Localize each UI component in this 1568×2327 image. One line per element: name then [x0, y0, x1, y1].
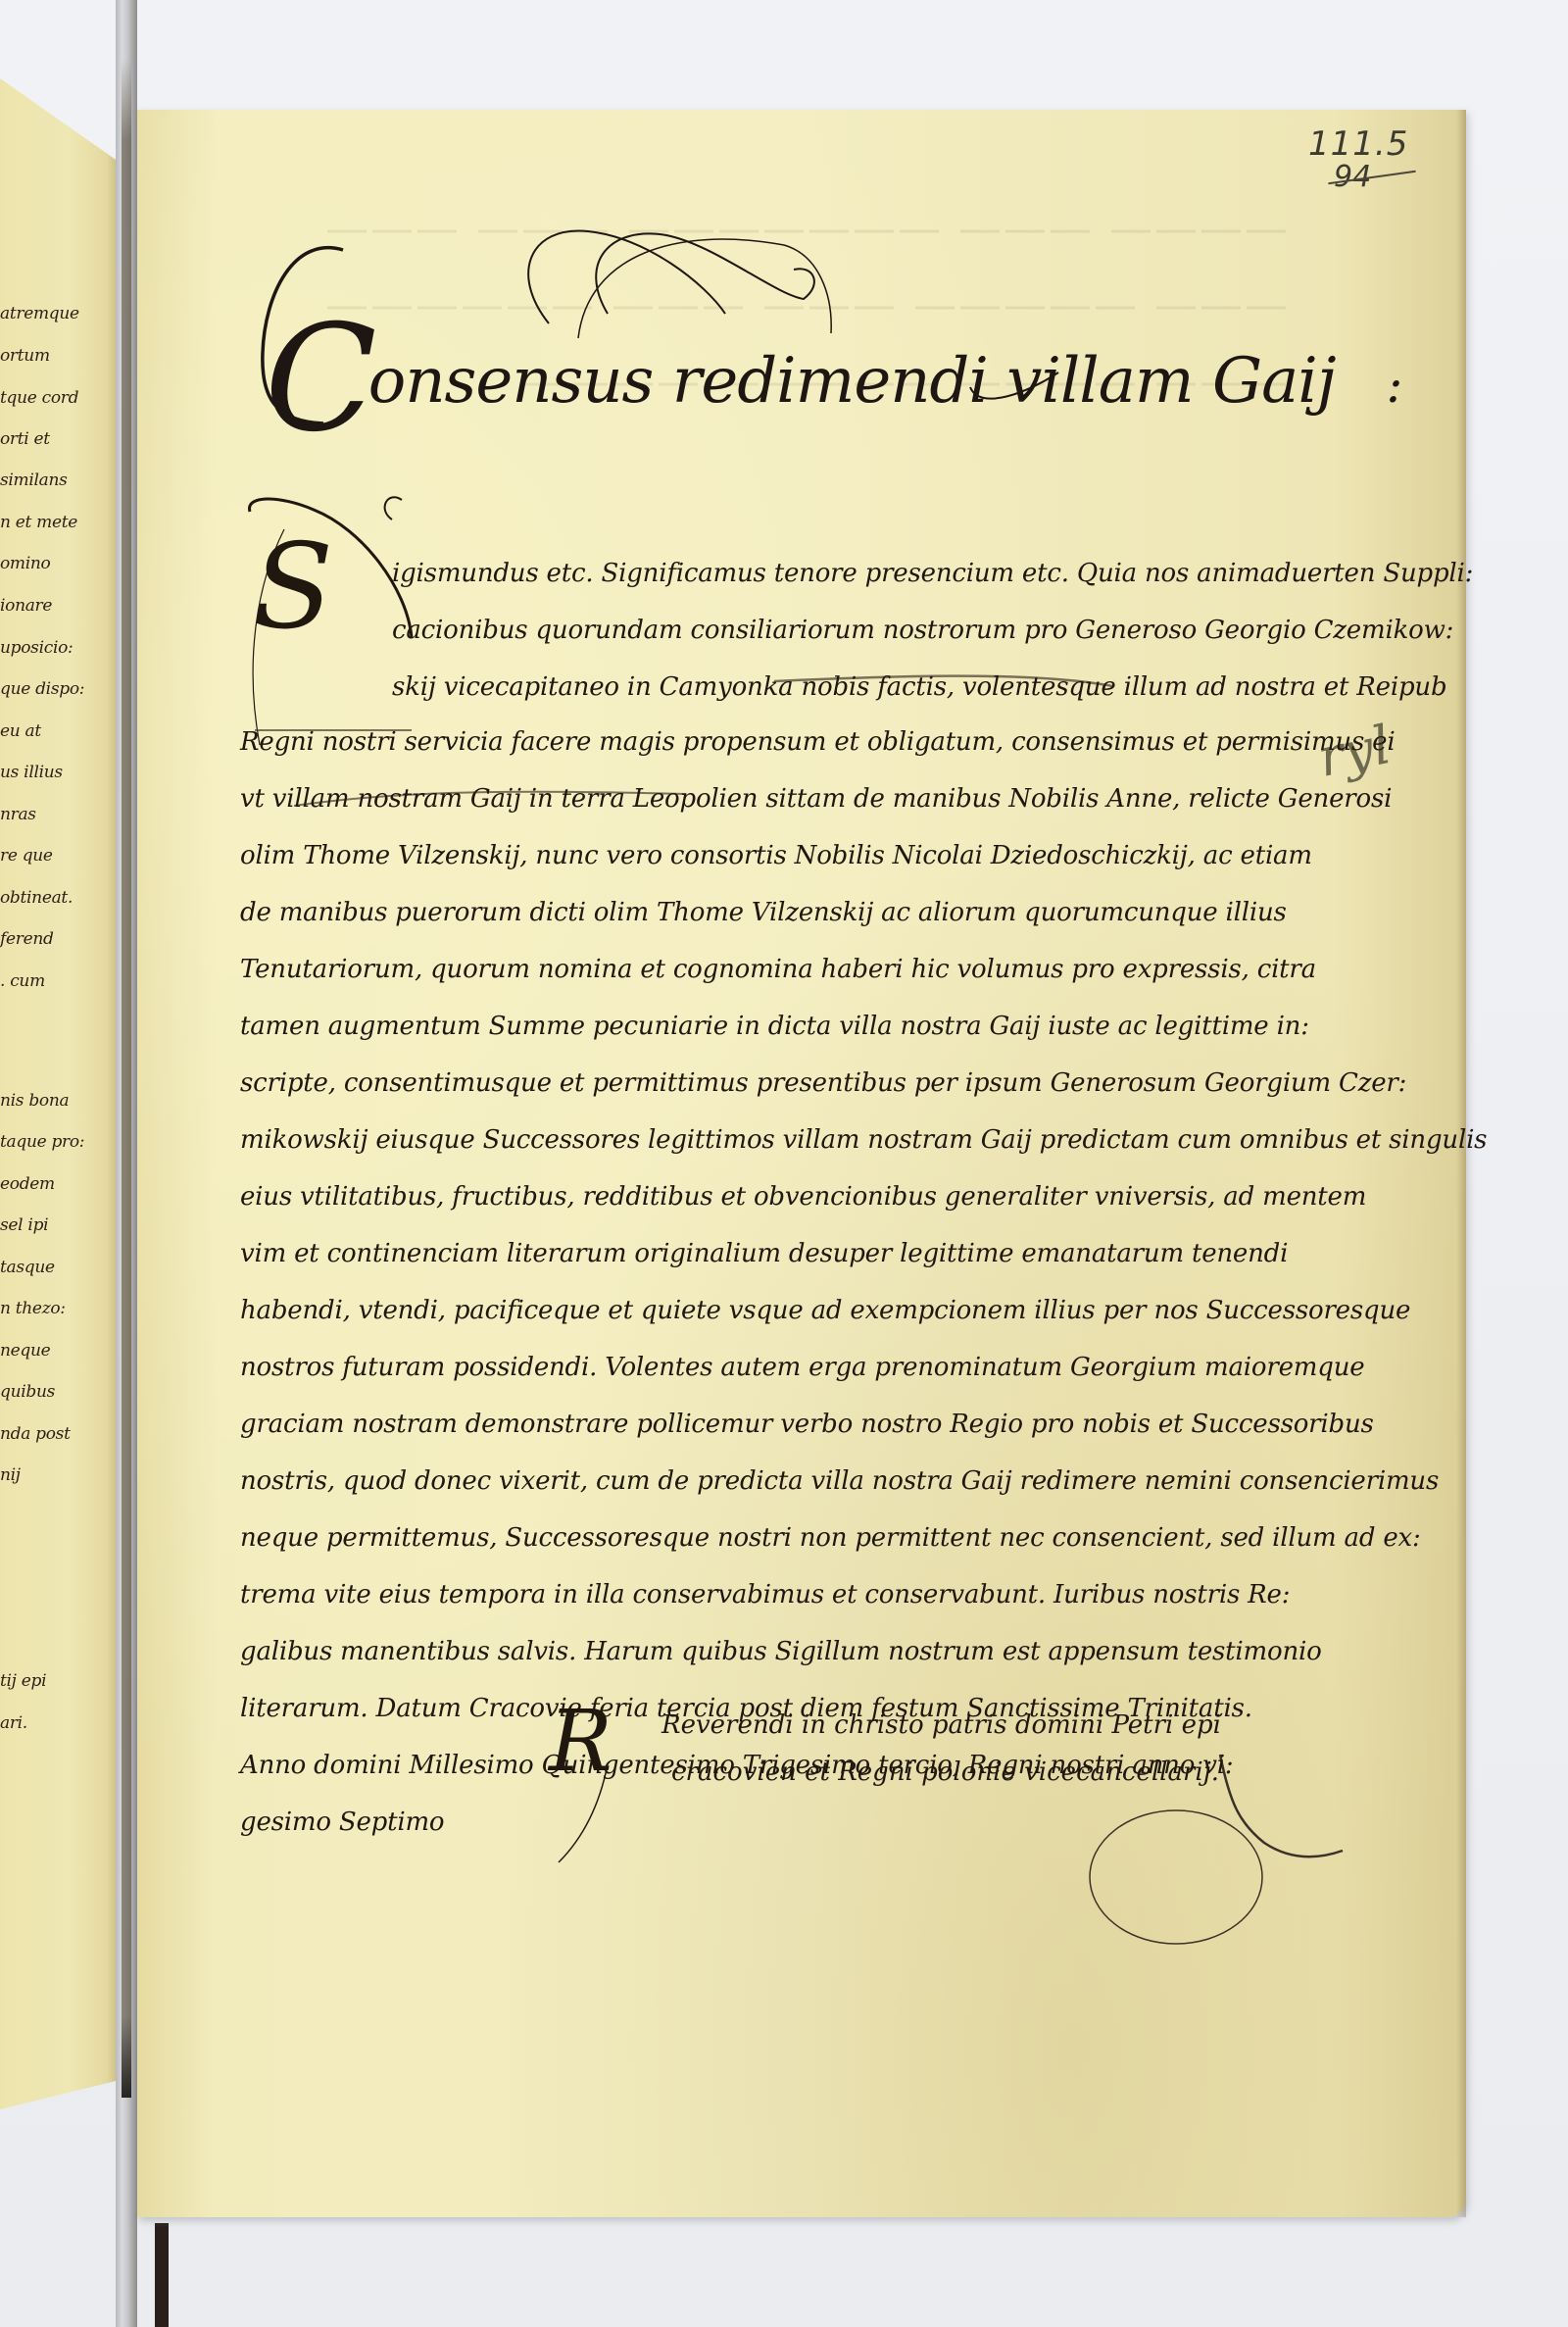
body-line: habendi, vtendi, pacificeque et quiete v…: [240, 1296, 1410, 1325]
body-line: trema vite eius tempora in illa conserva…: [240, 1580, 1290, 1609]
folio-number: 111.5 94: [1308, 127, 1408, 192]
left-fragment: nis bona: [0, 1091, 69, 1111]
gutter-bottom-bar: [155, 2223, 169, 2327]
body-line: Regni nostri servicia facere magis prope…: [240, 727, 1395, 757]
left-fragment: uposicio:: [0, 638, 73, 658]
left-fragment: nij: [0, 1465, 21, 1485]
body-line: graciam nostram demonstrare pollicemur v…: [240, 1410, 1374, 1439]
body-line: skij vicecapitaneo in Camyonka nobis fac…: [392, 672, 1446, 702]
left-fragment: neque: [0, 1341, 50, 1361]
left-fragment: quibus: [0, 1382, 55, 1402]
left-fragment: obtineat.: [0, 888, 73, 908]
left-fragment: tque cord: [0, 388, 78, 408]
left-fragment: atremque: [0, 304, 79, 323]
countersign-initial: R: [549, 1693, 612, 1791]
body-drop-initial: S: [253, 529, 333, 647]
body-line: igismundus etc. Significamus tenore pres…: [392, 559, 1473, 588]
countersign-line: cracovien et Regni polonie vicecancellar…: [671, 1758, 1219, 1787]
countersign-line: Reverendi in christo patris domini Petri…: [661, 1710, 1221, 1740]
body-line: Tenutariorum, quorum nomina et cognomina…: [240, 955, 1316, 984]
body-line: de manibus puerorum dicti olim Thome Vil…: [240, 898, 1287, 927]
gutter-shadow: [122, 59, 131, 2098]
left-fragment: n et mete: [0, 513, 77, 532]
heading-initial: C: [265, 294, 376, 465]
body-line: nostros futuram possidendi. Volentes aut…: [240, 1353, 1364, 1382]
heading-colon: :: [1387, 357, 1402, 414]
left-fragment: ferend: [0, 929, 54, 949]
body-line: eius vtilitatibus, fructibus, redditibus…: [240, 1182, 1366, 1212]
left-fragment: eodem: [0, 1174, 55, 1194]
left-fragment: eu at: [0, 721, 41, 741]
left-fragment: tasque: [0, 1258, 55, 1277]
body-line: nostris, quod donec vixerit, cum de pred…: [240, 1466, 1439, 1496]
body-line: cacionibus quorundam consiliariorum nost…: [392, 616, 1453, 645]
folio-current: 111.5: [1308, 127, 1408, 161]
body-line: vim et continenciam literarum originaliu…: [240, 1239, 1288, 1268]
body-line: mikowskij eiusque Successores legittimos…: [240, 1125, 1487, 1155]
folio-old-struck: 94: [1334, 163, 1408, 192]
left-fragment: . cum: [0, 971, 45, 991]
left-fragment: ari.: [0, 1713, 27, 1733]
left-fragment: n thezo:: [0, 1299, 66, 1318]
body-line: vt villam nostram Gaij in terra Leopolie…: [240, 784, 1392, 814]
body-line: scripte, consentimusque et permittimus p…: [240, 1068, 1406, 1098]
left-fragment: tij epi: [0, 1671, 46, 1691]
left-fragment: taque pro:: [0, 1132, 84, 1152]
body-line: neque permittemus, Successoresque nostri…: [240, 1523, 1421, 1553]
left-fragment: ortum: [0, 346, 50, 366]
heading-text: onsensus redimendi villam Gaij: [368, 345, 1336, 418]
body-line: gesimo Septimo: [240, 1807, 444, 1837]
left-fragment: nras: [0, 805, 36, 824]
body-line: tamen augmentum Summe pecuniarie in dict…: [240, 1012, 1309, 1041]
left-fragment: similans: [0, 470, 68, 490]
left-fragment: orti et: [0, 429, 50, 449]
left-fragment: ionare: [0, 596, 52, 616]
body-line: galibus manentibus salvis. Harum quibus …: [240, 1637, 1322, 1666]
left-facing-page: atremque ortum tque cord orti et similan…: [0, 78, 116, 2109]
body-line: olim Thome Vilzenskij, nunc vero consort…: [240, 841, 1312, 870]
left-fragment: omino: [0, 554, 50, 573]
left-fragment: re que: [0, 846, 53, 866]
left-fragment: us illius: [0, 763, 63, 782]
manuscript-scan-scene: atremque ortum tque cord orti et similan…: [0, 0, 1568, 2327]
document-heading: Consensus redimendi villam Gaij:: [265, 294, 1401, 465]
left-fragment: que dispo:: [0, 679, 84, 699]
left-fragment: nda post: [0, 1424, 71, 1444]
left-fragment: sel ipi: [0, 1215, 48, 1235]
